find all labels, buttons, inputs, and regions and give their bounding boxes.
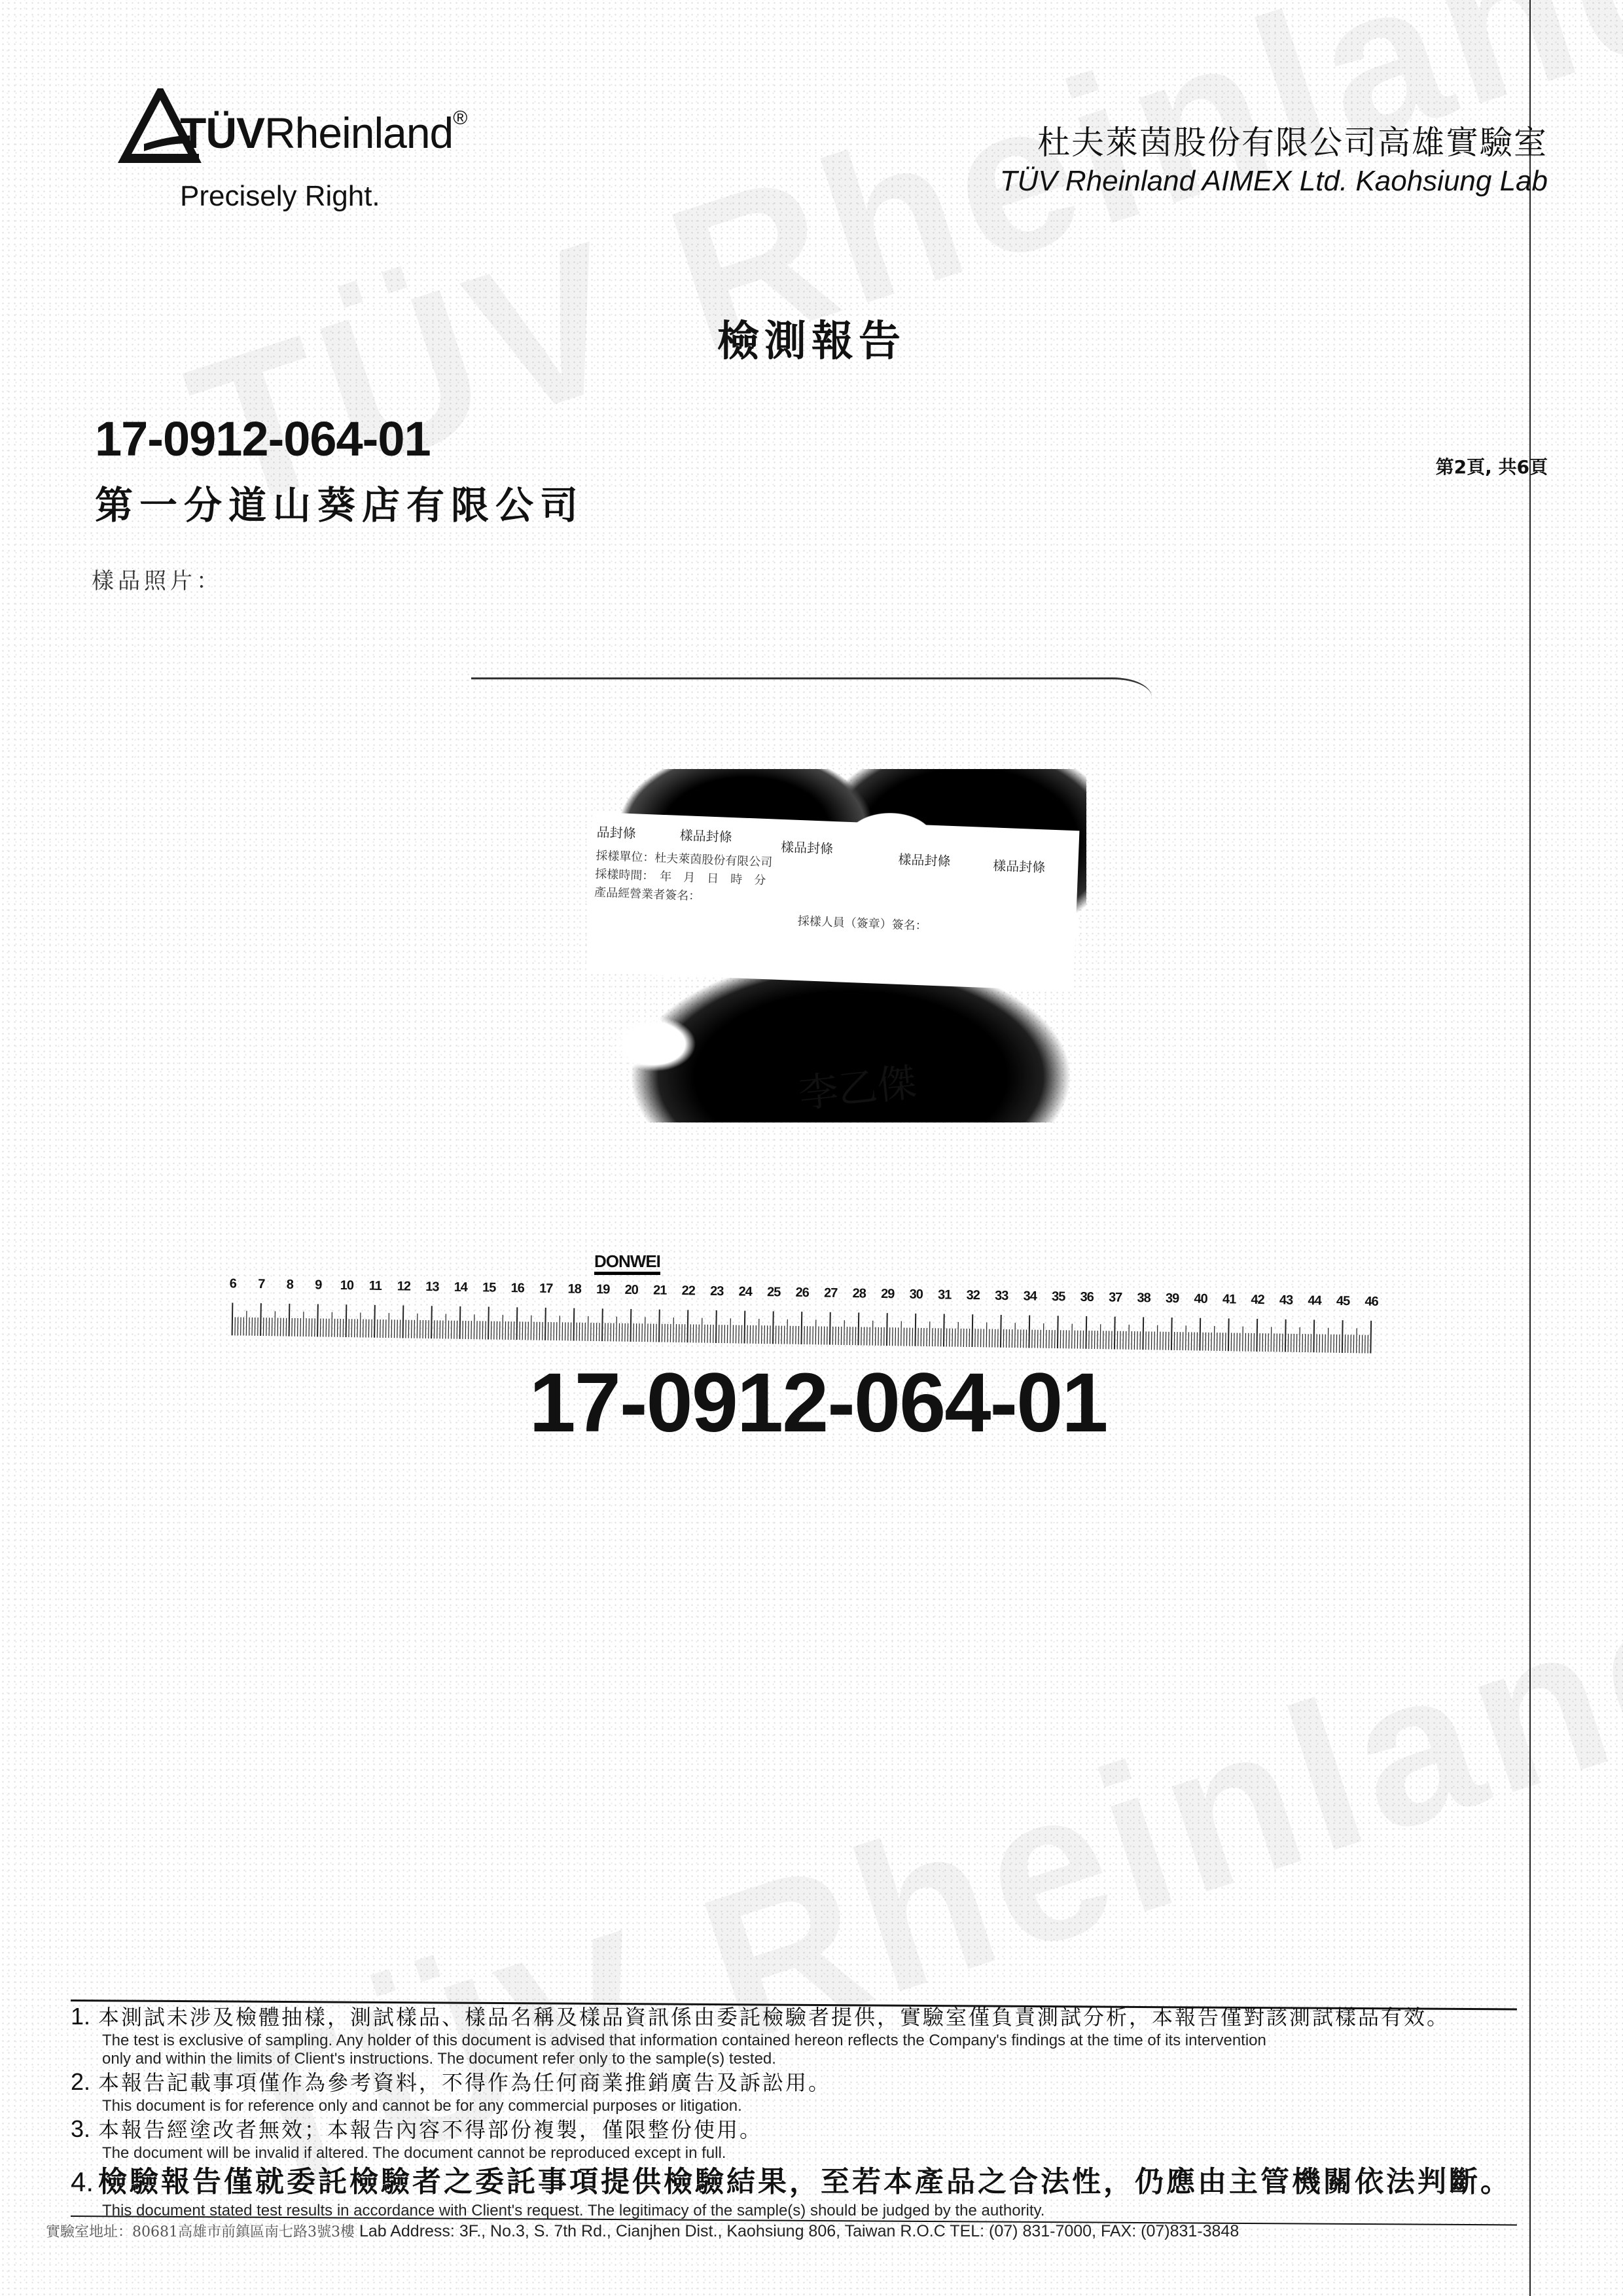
ruler-number: 32 — [959, 1288, 986, 1304]
note-text-cn: 本報告經塗改者無效；本報告內容不得部份複製，僅限整份使用。 — [71, 2115, 1530, 2144]
ruler-number: 29 — [874, 1287, 901, 1302]
ruler-number: 43 — [1273, 1293, 1299, 1308]
ruler-number: 27 — [817, 1285, 844, 1301]
ruler-number: 25 — [760, 1285, 787, 1300]
note-number: 3. — [71, 2115, 90, 2143]
ruler-number: 11 — [362, 1279, 388, 1295]
note-text-cn: 本報告記載事項僅作為參考資料，不得作為任何商業推銷廣告及訴訟用。 — [71, 2068, 1530, 2097]
ruler-number: 46 — [1358, 1294, 1384, 1310]
disclaimer-note-2: 2. 本報告記載事項僅作為參考資料，不得作為任何商業推銷廣告及訴訟用。 This… — [71, 2068, 1530, 2115]
seal-header: 樣品封條 — [993, 855, 1046, 876]
note-text-cn: 本測試未涉及檢體抽樣，測試樣品、樣品名稱及樣品資訊係由委託檢驗者提供，實驗室僅負… — [71, 2003, 1530, 2032]
registered-mark: ® — [453, 107, 467, 129]
ruler-number: 20 — [618, 1283, 645, 1299]
bag-edge-line — [471, 677, 1152, 699]
lab-address-en: Lab Address: 3F., No.3, S. 7th Rd., Cian… — [359, 2222, 1239, 2240]
ruler-number: 24 — [732, 1284, 758, 1300]
note-text-en: The test is exclusive of sampling. Any h… — [71, 2032, 1530, 2050]
note-number: 1. — [71, 2003, 90, 2030]
ruler-number: 44 — [1301, 1293, 1327, 1309]
ruler-number: 22 — [675, 1283, 702, 1299]
ruler-number: 7 — [248, 1277, 274, 1293]
ruler-number: 36 — [1073, 1290, 1099, 1306]
ruler-number: 23 — [704, 1284, 730, 1300]
brand-name: TÜVRheinland® — [180, 111, 467, 154]
lab-address: 實驗室地址：80681高雄市前鎮區南七路3號3樓 Lab Address: 3F… — [46, 2221, 1239, 2241]
lab-name-en: TÜV Rheinland AIMEX Ltd. Kaohsiung Lab — [1000, 165, 1548, 198]
ruler-brand: DONWEI — [594, 1251, 660, 1275]
ruler-number: 17 — [533, 1282, 559, 1297]
sample-photo: 品封條 樣品封條 樣品封條 樣品封條 樣品封條 採樣單位：杜夫萊茵股份有限公司 … — [458, 655, 1178, 1211]
ruler-number: 28 — [846, 1286, 872, 1302]
ruler-number: 26 — [789, 1285, 815, 1301]
ruler-number: 19 — [590, 1282, 616, 1298]
note-text-en: The document will be invalid if altered.… — [71, 2144, 1530, 2162]
ruler-number: 9 — [305, 1278, 331, 1293]
ruler-number: 21 — [647, 1283, 673, 1299]
ruler-number: 31 — [931, 1287, 957, 1303]
ruler-number: 38 — [1130, 1291, 1156, 1306]
sample-number-label: 17-0912-064-01 — [0, 1355, 1623, 1451]
note-text-cn: 檢驗報告僅就委託檢驗者之委託事項提供檢驗結果，至若本產品之合法性，仍應由主管機關… — [71, 2162, 1530, 2202]
disclaimer-notes: 1. 本測試未涉及檢體抽樣，測試樣品、樣品名稱及樣品資訊係由委託檢驗者提供，實驗… — [71, 2003, 1530, 2220]
disclaimer-note-3: 3. 本報告經塗改者無效；本報告內容不得部份複製，僅限整份使用。 The doc… — [71, 2115, 1530, 2162]
ruler-number: 34 — [1016, 1289, 1043, 1304]
disclaimer-note-4: 4. 檢驗報告僅就委託檢驗者之委託事項提供檢驗結果，至若本產品之合法性，仍應由主… — [71, 2162, 1530, 2220]
note-number: 2. — [71, 2068, 90, 2096]
ruler-number: 13 — [419, 1280, 445, 1295]
seal-header: 樣品封條 — [679, 825, 732, 846]
ruler-number: 37 — [1102, 1290, 1128, 1306]
brand-name-regular: Rheinland — [264, 109, 453, 157]
note-text-en: This document is for reference only and … — [71, 2097, 1530, 2115]
ruler-number: 8 — [277, 1277, 303, 1293]
ruler-number: 40 — [1187, 1291, 1213, 1307]
ruler-number: 45 — [1330, 1294, 1356, 1310]
seal-line: 產品經營業者簽名： — [594, 883, 701, 904]
ruler-number: 18 — [562, 1282, 588, 1297]
ruler-number: 30 — [903, 1287, 929, 1302]
ruler-number: 15 — [476, 1280, 502, 1296]
ruler-number: 35 — [1045, 1289, 1071, 1305]
document-title: 檢測報告 — [0, 308, 1623, 368]
page-indicator: 第2頁, 共6頁 — [1436, 453, 1548, 479]
disclaimer-note-1: 1. 本測試未涉及檢體抽樣，測試樣品、樣品名稱及樣品資訊係由委託檢驗者提供，實驗… — [71, 2003, 1530, 2068]
ruler-number: 12 — [391, 1279, 417, 1295]
brand-name-bold: TÜV — [180, 109, 264, 157]
report-number: 17-0912-064-01 — [95, 411, 431, 467]
seal-header: 樣品封條 — [898, 849, 951, 870]
ruler-number: 6 — [220, 1276, 246, 1292]
seal-header: 樣品封條 — [781, 836, 834, 857]
note-number: 4. — [71, 2166, 94, 2198]
ruler-number: 33 — [988, 1289, 1014, 1304]
ruler-number: 39 — [1159, 1291, 1185, 1307]
ruler-number: 14 — [448, 1280, 474, 1296]
brand-tagline: Precisely Right. — [180, 180, 380, 213]
lab-address-cn: 實驗室地址：80681高雄市前鎮區南七路3號3樓 — [46, 2224, 355, 2240]
ruler-number: 10 — [334, 1278, 360, 1294]
ruler-number: 41 — [1216, 1292, 1242, 1308]
seal-header: 品封條 — [596, 821, 636, 842]
sample-seal-label: 品封條 樣品封條 樣品封條 樣品封條 樣品封條 採樣單位：杜夫萊茵股份有限公司 … — [586, 812, 1080, 991]
ruler-number: 42 — [1244, 1293, 1270, 1308]
note-text-en: only and within the limits of Client's i… — [71, 2050, 1530, 2068]
client-company: 第一分道山葵店有限公司 — [95, 475, 584, 529]
sample-photo-label: 樣品照片： — [92, 563, 223, 595]
ruler-number: 16 — [505, 1281, 531, 1297]
seal-line: 採樣人員（簽章）簽名： — [797, 912, 927, 934]
lab-name-cn: 杜夫萊茵股份有限公司高雄實驗室 — [1037, 117, 1548, 164]
